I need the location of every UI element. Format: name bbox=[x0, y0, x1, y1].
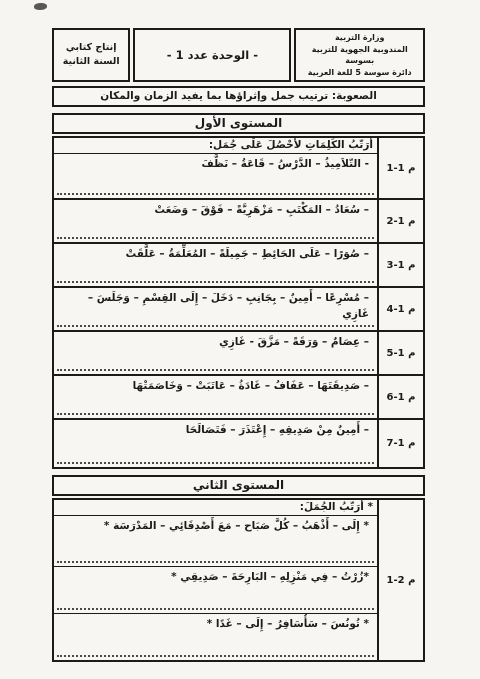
row-label: م 1-5 bbox=[377, 332, 423, 374]
section-level-1: المستوى الأول م 1-1 أرَتّبُ الكَلِمَاتِ … bbox=[52, 113, 425, 469]
row-content: – عِصَامٌ – وَرَقَةً – مَزَّقَ - غَازِي bbox=[54, 332, 377, 374]
table-row: م 1-2 – سُعَادُ – المَكْتَبِ – مَزْهَرِي… bbox=[54, 198, 423, 242]
ministry-line-2: المندوبية الجهوية للتربية بسوسة bbox=[299, 44, 420, 67]
header: وزارة التربية المندوبية الجهوية للتربية … bbox=[52, 28, 425, 82]
row-content: – أَمِينٌ مِنْ صَدِيقِهِ – إِعْتَذَرَ – … bbox=[54, 420, 377, 467]
answer-line bbox=[57, 655, 374, 657]
ministry-line-1: وزارة التربية bbox=[299, 32, 420, 44]
table-row: م 1-4 – مُسْرِعًا – أَمِينٌ – بِجَانِبِ … bbox=[54, 286, 423, 330]
subject-line-2: السنة الثانية bbox=[57, 55, 125, 69]
subject-line-1: إنتاج كتابي bbox=[57, 41, 125, 55]
row-content: – صَدِيقَتَهَا – عَفَافُ – غَادَةُ – عَا… bbox=[54, 376, 377, 418]
sentence-row: *زُرْتُ – فِي مَنْزِلِهِ – البَارِحَةَ –… bbox=[54, 566, 377, 613]
answer-line bbox=[57, 561, 374, 563]
difficulty-bar: الصعوبة: ترتيب جمل وإثراؤها بما يفيد الز… bbox=[52, 86, 425, 107]
row-label: م 1-7 bbox=[377, 420, 423, 467]
table-row: م 1-6 – صَدِيقَتَهَا – عَفَافُ – غَادَةُ… bbox=[54, 374, 423, 418]
sentence-words: *زُرْتُ – فِي مَنْزِلِهِ – البَارِحَةَ –… bbox=[54, 567, 377, 586]
sentence-words: * إِلَى – أَذْهَبُ – كُلَّ صَبَاح – مَعَ… bbox=[54, 516, 377, 535]
answer-line bbox=[57, 369, 374, 371]
word-list: - التّلاَمِيذُ – الدَّرْسُ – قَاعَةُ – ن… bbox=[54, 154, 377, 173]
section2-content: * أرَتّبُ الجُمَلَ: * إِلَى – أَذْهَبُ –… bbox=[54, 500, 377, 660]
row-content: – سُعَادُ – المَكْتَبِ – مَزْهَرِيَّةً –… bbox=[54, 200, 377, 242]
section1-instruction: أرَتّبُ الكَلِمَاتِ لأَحْصُلَ عَلَى جُمَ… bbox=[54, 138, 377, 154]
row-label: م 1-2 bbox=[377, 200, 423, 242]
answer-line bbox=[57, 608, 374, 610]
word-list: – صُوَرًا – عَلَى الحَائِطِ – جَمِيلَةً … bbox=[54, 244, 377, 263]
word-list: – عِصَامٌ – وَرَقَةً – مَزَّقَ - غَازِي bbox=[54, 332, 377, 351]
table-row: م 1-1 أرَتّبُ الكَلِمَاتِ لأَحْصُلَ عَلَ… bbox=[54, 138, 423, 198]
answer-line bbox=[57, 325, 374, 327]
table-row: م 1-3 – صُوَرًا – عَلَى الحَائِطِ – جَمِ… bbox=[54, 242, 423, 286]
section2-title: المستوى الثاني bbox=[52, 475, 425, 496]
page-content: وزارة التربية المندوبية الجهوية للتربية … bbox=[52, 28, 425, 662]
word-list: – سُعَادُ – المَكْتَبِ – مَزْهَرِيَّةً –… bbox=[54, 200, 377, 219]
answer-line bbox=[57, 237, 374, 239]
row-label: م 1-3 bbox=[377, 244, 423, 286]
header-unit-box: - الوحدة عدد 1 - bbox=[133, 28, 291, 82]
worksheet-page: وزارة التربية المندوبية الجهوية للتربية … bbox=[0, 0, 480, 679]
row-content: أرَتّبُ الكَلِمَاتِ لأَحْصُلَ عَلَى جُمَ… bbox=[54, 138, 377, 198]
section1-table: م 1-1 أرَتّبُ الكَلِمَاتِ لأَحْصُلَ عَلَ… bbox=[52, 136, 425, 469]
difficulty-text: الصعوبة: ترتيب جمل وإثراؤها بما يفيد الز… bbox=[100, 90, 377, 102]
answer-line bbox=[57, 462, 374, 464]
row-content: – صُوَرًا – عَلَى الحَائِطِ – جَمِيلَةً … bbox=[54, 244, 377, 286]
header-subject-box: إنتاج كتابي السنة الثانية bbox=[52, 28, 130, 82]
sentence-words: * تُونُسَ – سَأُسَافِرُ – إِلَى – غَدًا … bbox=[54, 614, 377, 633]
unit-title: - الوحدة عدد 1 - bbox=[138, 48, 286, 62]
word-list: – مُسْرِعًا – أَمِينٌ – بِجَانِبِ – دَخَ… bbox=[54, 288, 377, 323]
header-ministry-box: وزارة التربية المندوبية الجهوية للتربية … bbox=[294, 28, 425, 82]
row-label: م 1-1 bbox=[377, 138, 423, 198]
row-label: م 2-1 bbox=[377, 500, 423, 660]
scan-artifact bbox=[34, 3, 47, 10]
sentence-row: * إِلَى – أَذْهَبُ – كُلَّ صَبَاح – مَعَ… bbox=[54, 516, 377, 566]
row-label: م 1-6 bbox=[377, 376, 423, 418]
row-label: م 1-4 bbox=[377, 288, 423, 330]
table-row: م 1-5 – عِصَامٌ – وَرَقَةً – مَزَّقَ - غ… bbox=[54, 330, 423, 374]
ministry-line-3: دائرة سوسة 5 للغة العربية bbox=[299, 67, 420, 79]
row-content: – مُسْرِعًا – أَمِينٌ – بِجَانِبِ – دَخَ… bbox=[54, 288, 377, 330]
answer-line bbox=[57, 281, 374, 283]
section1-title: المستوى الأول bbox=[52, 113, 425, 134]
section2-instruction: * أرَتّبُ الجُمَلَ: bbox=[54, 500, 377, 516]
table-row: م 1-7 – أَمِينٌ مِنْ صَدِيقِهِ – إِعْتَذ… bbox=[54, 418, 423, 467]
section-level-2: المستوى الثاني م 2-1 * أرَتّبُ الجُمَلَ:… bbox=[52, 475, 425, 662]
answer-line bbox=[57, 413, 374, 415]
section2-table: م 2-1 * أرَتّبُ الجُمَلَ: * إِلَى – أَذْ… bbox=[52, 498, 425, 662]
word-list: – أَمِينٌ مِنْ صَدِيقِهِ – إِعْتَذَرَ – … bbox=[54, 420, 377, 439]
word-list: – صَدِيقَتَهَا – عَفَافُ – غَادَةُ – عَا… bbox=[54, 376, 377, 395]
answer-line bbox=[57, 193, 374, 195]
sentence-row: * تُونُسَ – سَأُسَافِرُ – إِلَى – غَدًا … bbox=[54, 613, 377, 660]
